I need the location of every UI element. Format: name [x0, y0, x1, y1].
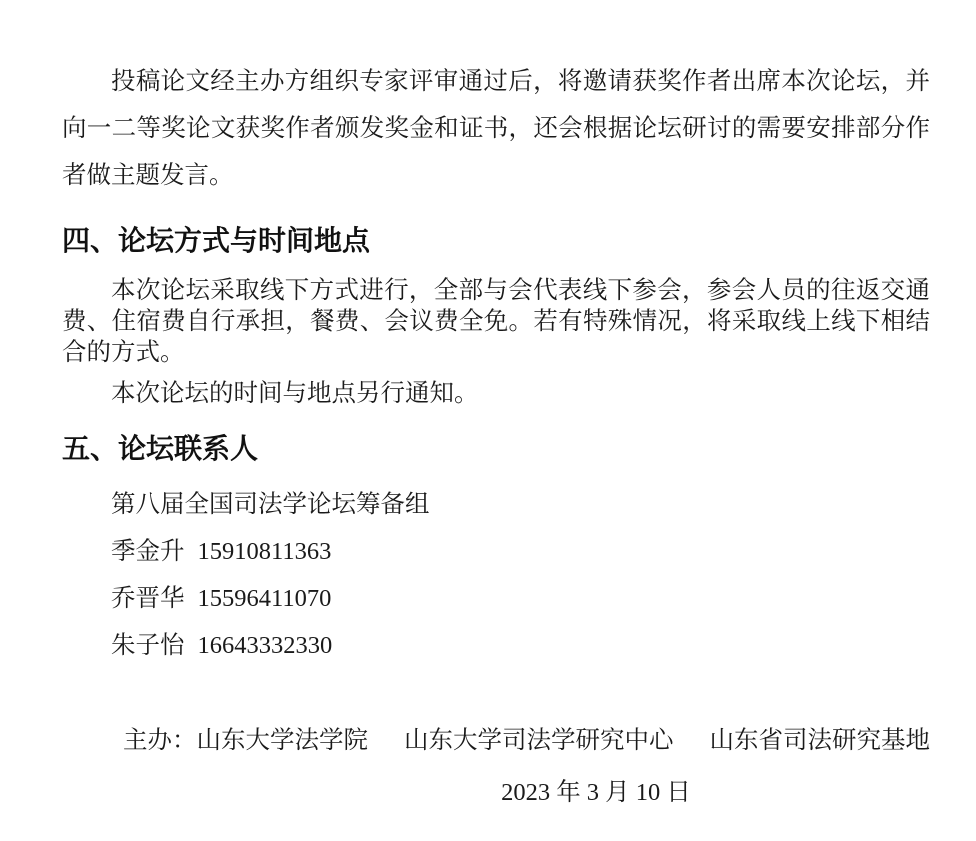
contact-row: 乔晋华15596411070: [62, 575, 930, 622]
section4-notice-paragraph: 本次论坛的时间与地点另行通知。: [62, 378, 930, 409]
document-page: 投稿论文经主办方组织专家评审通过后，将邀请获奖作者出席本次论坛，并向一二等奖论文…: [0, 0, 976, 841]
contact-phone: 16643332330: [198, 632, 333, 659]
contact-group-name: 第八届全国司法学论坛筹备组: [62, 481, 930, 528]
document-date: 2023 年 3 月 10 日: [62, 777, 930, 808]
contact-phone: 15910811363: [198, 538, 332, 565]
contact-name: 乔晋华: [111, 585, 185, 612]
contact-row: 季金升15910811363: [62, 528, 930, 575]
contact-row: 朱子怡16643332330: [62, 622, 930, 669]
organizer-label: 主办：: [123, 727, 197, 754]
intro-paragraph: 投稿论文经主办方组织专家评审通过后，将邀请获奖作者出席本次论坛，并向一二等奖论文…: [62, 58, 930, 199]
organizer-line: 主办：山东大学法学院山东大学司法学研究中心山东省司法研究基地: [62, 725, 930, 756]
section5-heading: 五、论坛联系人: [62, 432, 930, 466]
contact-phone: 15596411070: [198, 585, 332, 612]
section4-paragraph: 本次论坛采取线下方式进行，全部与会代表线下参会，参会人员的往返交通费、住宿费自行…: [62, 275, 930, 368]
section4-heading: 四、论坛方式与时间地点: [62, 224, 930, 258]
organizer-item: 山东大学司法学研究中心: [404, 727, 674, 754]
contact-block: 第八届全国司法学论坛筹备组 季金升15910811363 乔晋华15596411…: [62, 481, 930, 669]
contact-name: 朱子怡: [111, 632, 185, 659]
organizer-item: 山东省司法研究基地: [710, 727, 931, 754]
contact-name: 季金升: [111, 538, 185, 565]
organizer-item: 山东大学法学院: [197, 727, 369, 754]
